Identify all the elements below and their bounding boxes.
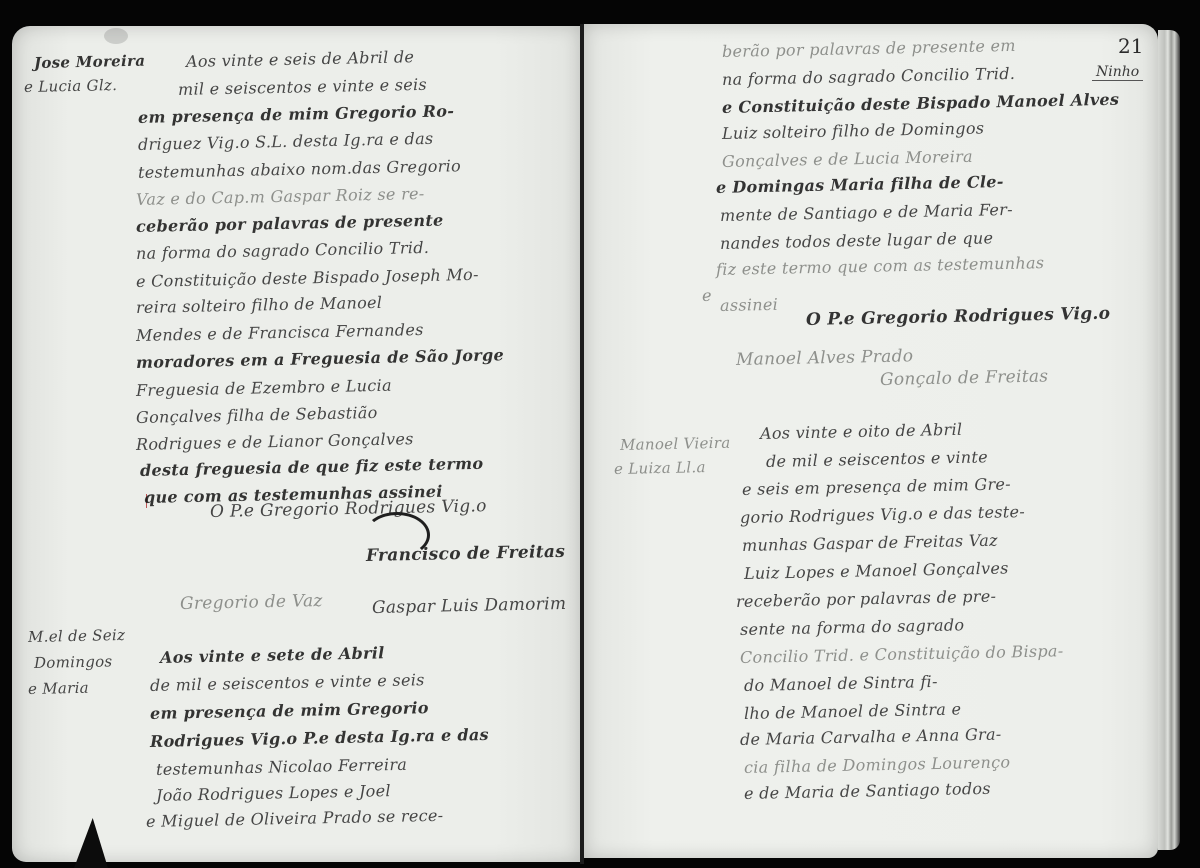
margin-note: Manoel Vieira	[620, 434, 731, 454]
witness-signature: Gonçalo de Freitas	[880, 366, 1049, 390]
margin-note: Jose Moreira	[34, 52, 146, 72]
text-line: do Manoel de Sintra fi-	[744, 672, 938, 695]
book-gutter	[580, 24, 584, 864]
witness-signature: Francisco de Freitas	[366, 542, 566, 566]
margin-note: e Lucia Glz.	[24, 76, 118, 96]
margin-note: M.el de Seiz	[28, 626, 126, 646]
witness-mark: Gregorio de Vaz	[180, 591, 323, 614]
ink-stain	[104, 28, 128, 44]
margin-note: Domingos	[34, 652, 113, 672]
witness-signature: Gaspar Luis Damorim	[372, 594, 567, 618]
page-edges	[1158, 30, 1180, 850]
text-line: assinei	[720, 295, 778, 315]
folio-number: 21	[1118, 34, 1143, 58]
margin-note: e Maria	[28, 679, 89, 698]
margin-note: e Luiza Ll.a	[614, 458, 706, 478]
closing-mark: e	[702, 286, 712, 305]
folio-annotation: Ninho	[1092, 64, 1143, 81]
witness-signature: Manoel Alves Prado	[736, 346, 914, 370]
